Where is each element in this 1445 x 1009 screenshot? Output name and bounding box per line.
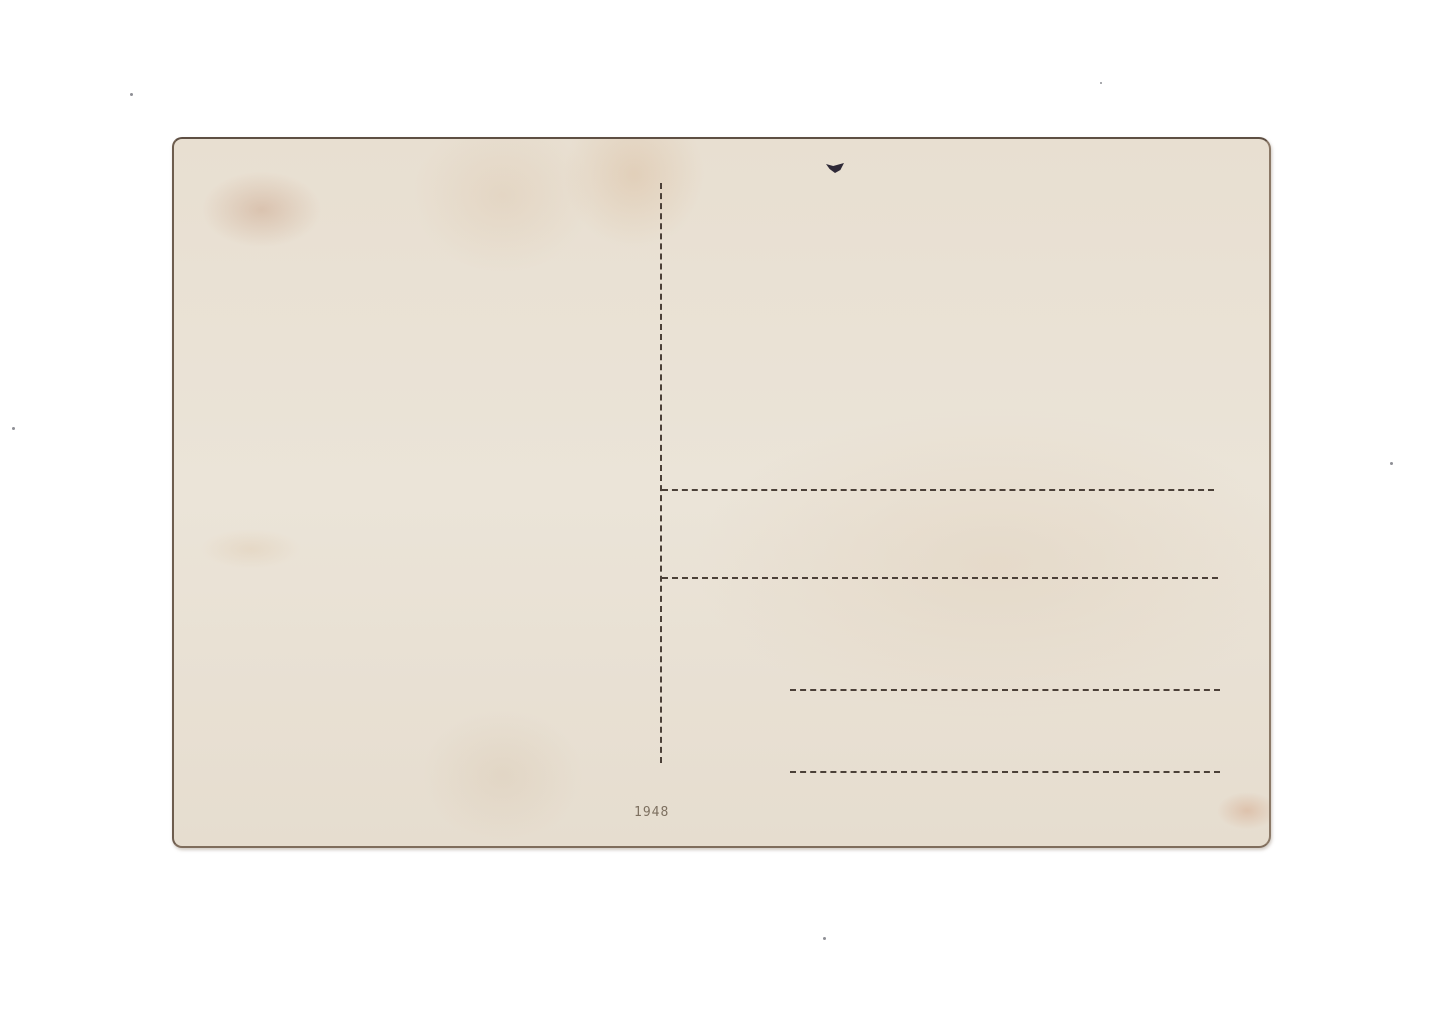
dust-speck	[1390, 462, 1393, 465]
address-line-3	[790, 689, 1220, 691]
dust-speck	[1100, 82, 1102, 84]
address-line-1	[662, 489, 1214, 491]
message-address-divider	[660, 183, 662, 763]
postcard-back: 1948	[172, 137, 1271, 848]
address-line-4	[790, 771, 1220, 773]
address-line-2	[662, 577, 1218, 579]
dust-speck	[823, 937, 826, 940]
dust-speck	[12, 427, 15, 430]
photo-canvas: 1948	[0, 0, 1445, 1009]
serial-number: 1948	[634, 805, 669, 820]
dust-speck	[130, 93, 133, 96]
ink-stain	[826, 163, 844, 173]
